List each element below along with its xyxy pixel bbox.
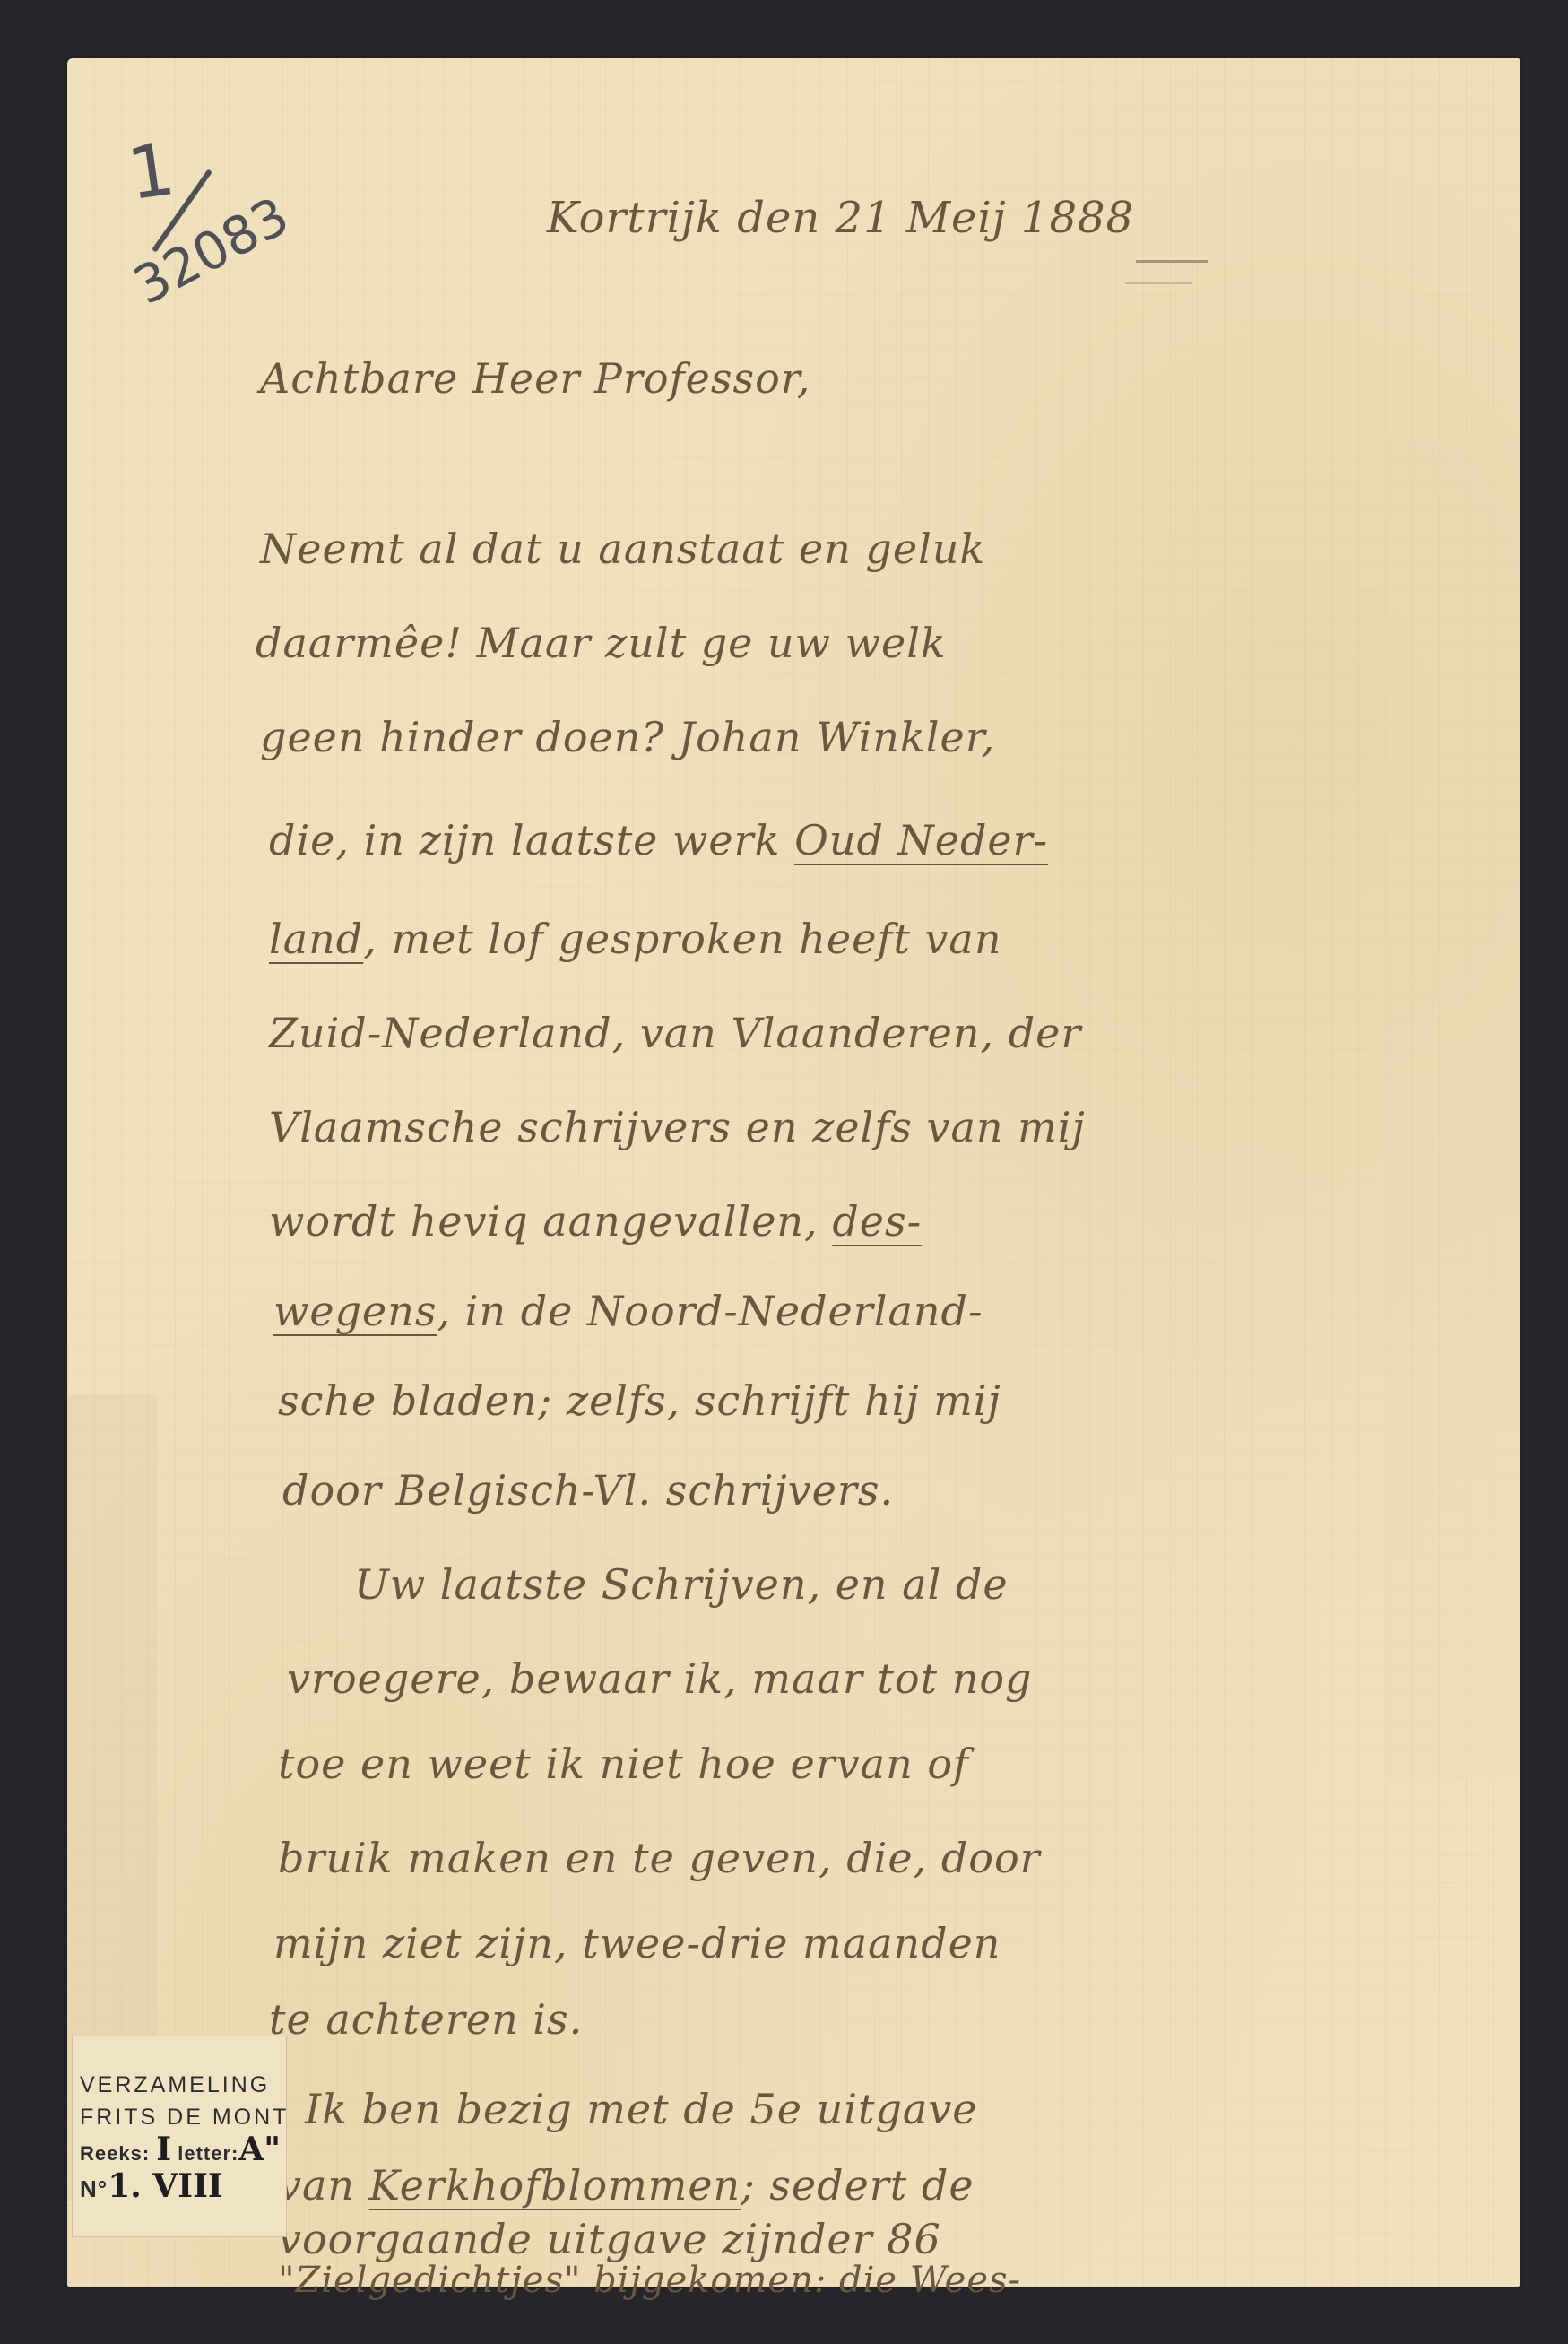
- underlined-title: land: [269, 915, 363, 963]
- label-number: N°: [80, 2175, 108, 2202]
- label-collection-title: VERZAMELING: [80, 2069, 286, 2101]
- body-line: mijn ziet zijn, twee-drie maanden: [273, 1919, 1001, 1967]
- body-line: sche bladen; zelfs, schrijft hij mij: [278, 1376, 1001, 1425]
- body-line: te achteren is.: [269, 1995, 583, 2044]
- date-underline-mark: [1125, 282, 1192, 284]
- paper-fade-area: [1385, 435, 1520, 1780]
- body-line: wordt heviq aangevallen, des-: [269, 1197, 922, 1246]
- place-date: Kortrijk den 21 Meij 1888: [547, 193, 1134, 243]
- body-line: bruik maken en te geven, die, door: [278, 1834, 1041, 1882]
- body-line: vroegere, bewaar ik, maar tot nog: [287, 1654, 1033, 1703]
- letter-sheet: 1 32083 Kortrijk den 21 Meij 1888 Achtba…: [67, 58, 1520, 2287]
- body-line: daarmêe! Maar zult ge uw welk: [256, 619, 947, 667]
- body-line: Vlaamsche schrijvers en zelfs van mij: [269, 1103, 1086, 1151]
- underlined-word: des-: [832, 1197, 922, 1246]
- body-line: Neemt al dat u aanstaat en geluk: [260, 525, 985, 573]
- label-reeks-value: I: [156, 2131, 171, 2168]
- body-line: geen hinder doen? Johan Winkler,: [260, 713, 995, 761]
- body-text: van: [278, 2161, 369, 2209]
- body-text: , met lof gesproken heeft van: [363, 915, 1001, 963]
- body-text: , in de Noord-Nederland-: [437, 1287, 983, 1335]
- label-collection-owner: FRITS DE MONT: [80, 2101, 286, 2133]
- body-line: van Kerkhofblommen; sedert de: [278, 2161, 975, 2209]
- label-letter-value: A": [238, 2131, 281, 2168]
- underlined-title: Kerkhofblommen: [369, 2161, 741, 2209]
- body-line: toe en weet ik niet hoe ervan of: [278, 1740, 969, 1788]
- label-number-row: N°1. VIII: [80, 2170, 286, 2205]
- body-text: ; sedert de: [741, 2161, 974, 2209]
- body-line: land, met lof gesproken heeft van: [269, 915, 1001, 963]
- body-text: wordt heviq aangevallen,: [269, 1197, 832, 1246]
- label-number-value: 1. VIII: [108, 2167, 223, 2205]
- body-line: Zuid-Nederland, van Vlaanderen, der: [269, 1009, 1081, 1057]
- body-line: wegens, in de Noord-Nederland-: [273, 1287, 983, 1335]
- salutation: Achtbare Heer Professor,: [260, 354, 810, 403]
- date-underline-mark: [1136, 260, 1208, 263]
- body-line: Ik ben bezig met de 5e uitgave: [305, 2085, 978, 2133]
- underlined-title: Oud Neder-: [794, 816, 1048, 864]
- body-line: "Zielgedichtjes" bijgekomen: die Wees-: [278, 2260, 1021, 2301]
- body-line: voorgaande uitgave zijnder 86: [278, 2215, 941, 2263]
- body-line: door Belgisch-Vl. schrijvers.: [282, 1466, 894, 1515]
- label-reeks: Reeks:: [80, 2142, 150, 2165]
- body-text: die, in zijn laatste werk: [269, 816, 794, 864]
- body-line: Uw laatste Schrijven, en al de: [354, 1560, 1009, 1609]
- underlined-word: wegens: [273, 1287, 437, 1335]
- folio-number: 1: [123, 127, 179, 216]
- body-line: die, in zijn laatste werk Oud Neder-: [269, 816, 1048, 864]
- label-letter: letter:: [178, 2142, 238, 2165]
- label-series-row: Reeks: I letter:A": [80, 2133, 286, 2170]
- collection-label: VERZAMELING FRITS DE MONT Reeks: I lette…: [72, 2036, 287, 2237]
